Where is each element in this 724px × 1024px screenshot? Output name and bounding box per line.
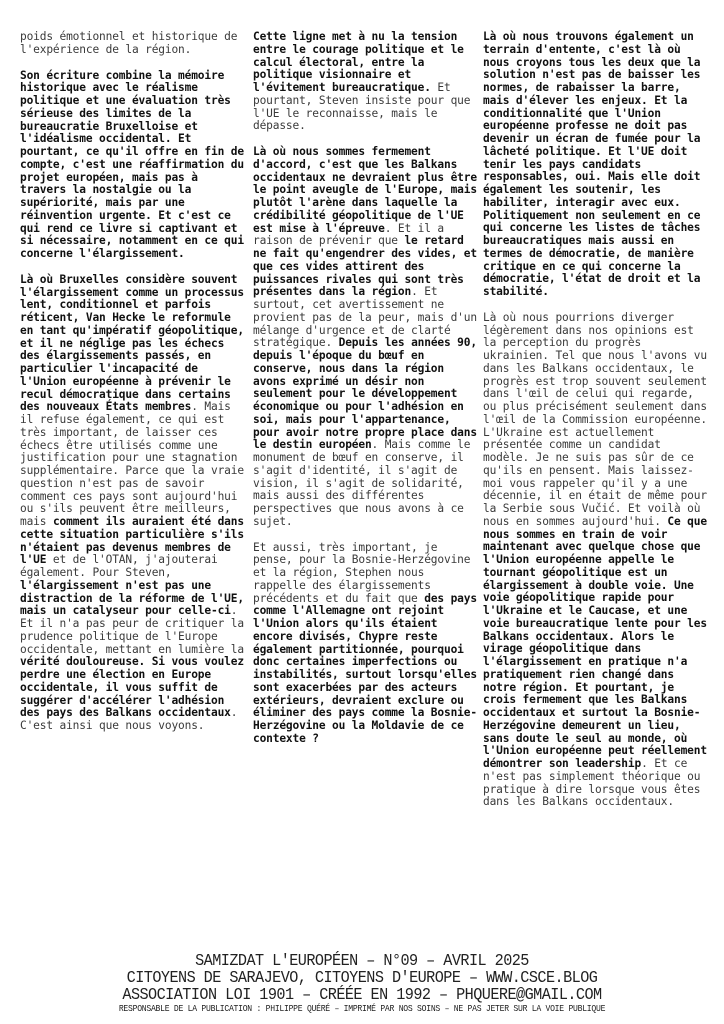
- article-column-2: Cette ligne met à nu la tension entre le…: [253, 31, 481, 759]
- emphasized-text: Ce que nous sommes en train de voir main…: [483, 515, 707, 770]
- article-column-3: Là où nous trouvons également un terrain…: [483, 31, 711, 822]
- newsletter-page: poids émotionnel et historique de l'expé…: [0, 0, 724, 1024]
- footer-website-line: CITOYENS DE SARAJEVO, CITOYENS D'EUROPE …: [29, 969, 695, 986]
- body-text: poids émotionnel et historique de l'expé…: [20, 30, 237, 56]
- article-paragraph: Là où nous trouvons également un terrain…: [483, 31, 711, 299]
- emphasized-text: Son écriture combine la mémoire historiq…: [20, 69, 244, 261]
- body-text: . Mais il refuse également, ce qui est t…: [20, 400, 244, 528]
- article-paragraph: Et aussi, très important, je pense, pour…: [253, 542, 481, 746]
- footer: SAMIZDAT L'EUROPÉEN – N°09 – AVRIL 2025 …: [0, 952, 724, 1014]
- article-paragraph: Là où nous sommes fermement d'accord, c'…: [253, 146, 481, 529]
- body-text: . Mais comme le monument de bœuf en cons…: [253, 438, 470, 528]
- body-text: et de l'OTAN, j'ajouterai également. Pou…: [20, 553, 218, 579]
- article-paragraph: Cette ligne met à nu la tension entre le…: [253, 31, 481, 133]
- article-columns: poids émotionnel et historique de l'expé…: [20, 31, 710, 951]
- emphasized-text: Là où nous trouvons également un terrain…: [483, 30, 700, 298]
- article-paragraph: poids émotionnel et historique de l'expé…: [20, 31, 248, 57]
- emphasized-text: Depuis les années 90, depuis l'époque du…: [253, 336, 477, 451]
- article-paragraph: Son écriture combine la mémoire historiq…: [20, 70, 248, 261]
- article-paragraph: Là où Bruxelles considère souvent l'élar…: [20, 274, 248, 733]
- emphasized-text: l'élargissement n'est pas une distractio…: [20, 579, 244, 618]
- body-text: Là où nous pourrions diverger légèrement…: [483, 311, 707, 528]
- footer-issue-line: SAMIZDAT L'EUROPÉEN – N°09 – AVRIL 2025: [29, 952, 695, 969]
- emphasized-text: vérité douloureuse. Si vous voulez perdr…: [20, 655, 244, 719]
- article-column-1: poids émotionnel et historique de l'expé…: [20, 31, 248, 746]
- footer-legal-line: RESPONSABLE DE LA PUBLICATION : PHILIPPE…: [43, 1003, 680, 1014]
- emphasized-text: des pays comme l'Allemagne ont rejoint l…: [253, 592, 477, 745]
- footer-contact-line: ASSOCIATION LOI 1901 – CRÉÉE EN 1992 – P…: [29, 986, 695, 1003]
- emphasized-text: Là où Bruxelles considère souvent l'élar…: [20, 273, 244, 414]
- article-paragraph: Là où nous pourrions diverger légèrement…: [483, 312, 711, 809]
